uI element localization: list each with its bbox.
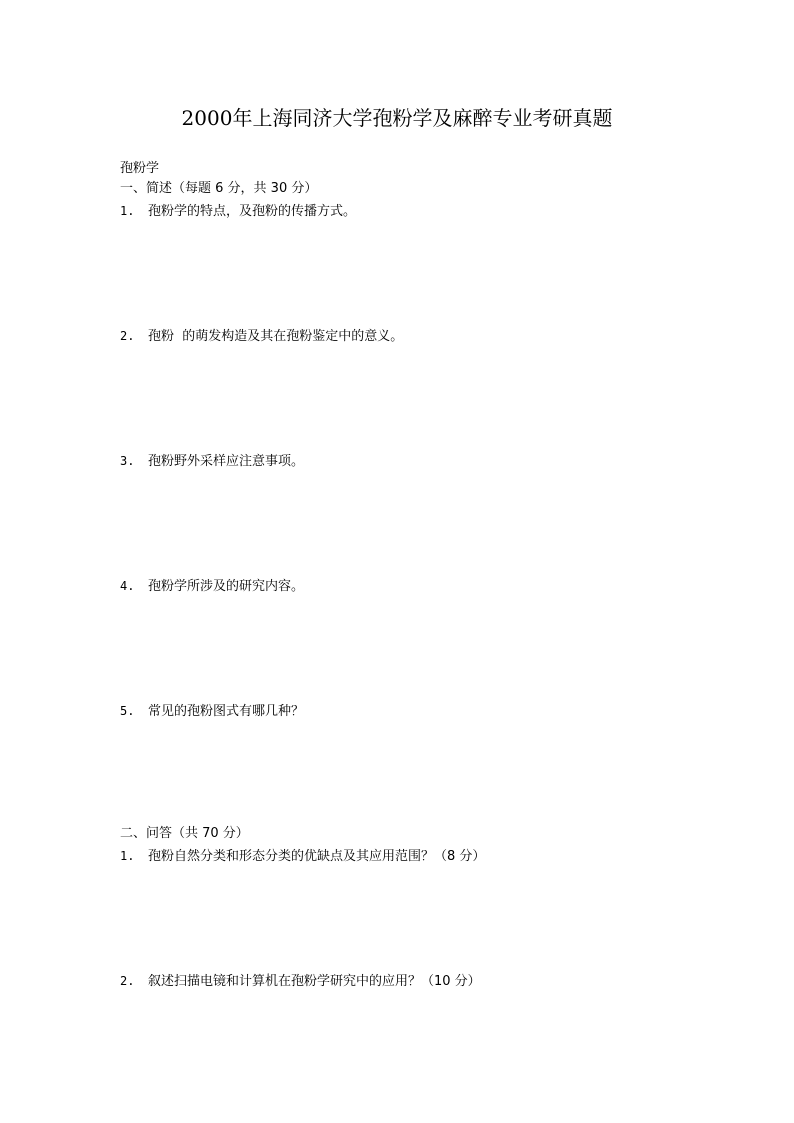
question-2-2: 2.叙述扫描电镜和计算机在孢粉学研究中的应用？（10 分） <box>120 972 481 991</box>
question-number: 1. <box>120 847 148 865</box>
question-text: 孢粉学的特点，及孢粉的传播方式。 <box>148 203 356 221</box>
question-text: 孢粉 的萌发构造及其在孢粉鉴定中的意义。 <box>148 328 403 346</box>
question-text: 孢粉野外采样应注意事项。 <box>148 453 304 471</box>
question-number: 5. <box>120 702 148 720</box>
question-number: 1. <box>120 202 148 220</box>
question-text: 叙述扫描电镜和计算机在孢粉学研究中的应用？（10 分） <box>148 973 481 991</box>
question-number: 3. <box>120 452 148 470</box>
question-number: 4. <box>120 577 148 595</box>
question-2-1: 1.孢粉自然分类和形态分类的优缺点及其应用范围？（8 分） <box>120 847 485 866</box>
section-heading-2: 二、问答（共 70 分） <box>120 825 249 843</box>
question-1-4: 4.孢粉学所涉及的研究内容。 <box>120 577 304 596</box>
question-number: 2. <box>120 972 148 990</box>
question-number: 2. <box>120 327 148 345</box>
question-text: 孢粉学所涉及的研究内容。 <box>148 578 304 596</box>
question-1-5: 5.常见的孢粉图式有哪几种？ <box>120 702 304 721</box>
question-1-3: 3.孢粉野外采样应注意事项。 <box>120 452 304 471</box>
subject-label: 孢粉学 <box>120 160 159 178</box>
question-text: 孢粉自然分类和形态分类的优缺点及其应用范围？（8 分） <box>148 848 485 866</box>
section-heading-1: 一、简述（每题 6 分，共 30 分） <box>120 180 317 198</box>
page-title: 2000年上海同济大学孢粉学及麻醉专业考研真题 <box>0 104 794 132</box>
question-1-1: 1.孢粉学的特点，及孢粉的传播方式。 <box>120 202 356 221</box>
question-1-2: 2.孢粉 的萌发构造及其在孢粉鉴定中的意义。 <box>120 327 403 346</box>
document-page: 2000年上海同济大学孢粉学及麻醉专业考研真题 孢粉学 一、简述（每题 6 分，… <box>0 0 794 1123</box>
question-text: 常见的孢粉图式有哪几种？ <box>148 703 304 721</box>
